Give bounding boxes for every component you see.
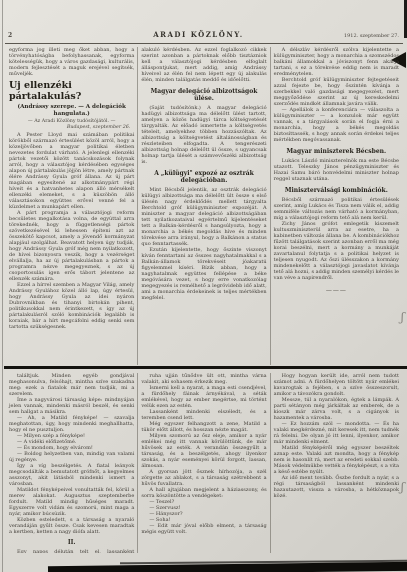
paragraph: A gyorsan jött ősznek hírhozója, a szél … bbox=[141, 469, 266, 487]
paragraph: (Saját tudósítónk.) A magyar delegáció h… bbox=[141, 105, 266, 165]
paragraph: A délszláv kérdésről szólva kijelentette… bbox=[274, 47, 399, 77]
feuilleton-body: találtjuk. Minden egyéb gondjával meghas… bbox=[9, 373, 134, 535]
paragraph: — Apellálok a konferenciára — válaszolta… bbox=[274, 107, 399, 143]
article-body: A Pester Lloyd mai számában politikai kö… bbox=[9, 132, 134, 330]
newspaper-page: ʃ ʃ 2 ARADI KÖZLÖNY. 1912. szeptember 27… bbox=[0, 0, 407, 572]
continuation-paragraph: alakuló kérdésben. Az ezzel foglalkozó c… bbox=[141, 47, 266, 83]
paragraph: Még egyszer felhangzott a zene, Matild a… bbox=[141, 421, 266, 433]
paragraph: — Ah, a Matild fényképe! — szavalja megh… bbox=[9, 415, 134, 433]
column-middle: alakuló kérdésben. Az ezzel foglalkozó c… bbox=[138, 47, 269, 365]
page-header: 2 ARADI KÖZLÖNY. 1912. szeptember 27. bbox=[8, 30, 399, 39]
section-body: Lukács László miniszterelnök ma este Béc… bbox=[274, 158, 399, 182]
paragraph: Ezzel a hírrel szemben a Magyar Világ, a… bbox=[9, 282, 134, 330]
paragraph: A párt programja a választójogi reform b… bbox=[9, 210, 134, 282]
paragraph: Ismerni kell a nyarat, a maga esti csend… bbox=[141, 385, 266, 409]
main-articles-section: egyforma jog illeti meg őket abban, hogy… bbox=[6, 47, 402, 365]
section-body: (Saját tudósítónk.) A magyar delegáció h… bbox=[141, 105, 266, 165]
section-headline: Miniszterválsági kombinációk. bbox=[278, 187, 395, 194]
page-number: 2 bbox=[8, 32, 88, 39]
article-headline: Uj ellenzéki pártalakulás? bbox=[9, 81, 134, 102]
chapter-number: II. bbox=[9, 539, 134, 546]
article-byline: — Az Aradi Közlöny tudósítójától. — bbox=[9, 119, 134, 124]
paragraph: Mint Bécsből jelentik, az osztrák delegá… bbox=[141, 187, 266, 247]
continuation-body: A délszláv kérdésről szólva kijelentette… bbox=[274, 47, 399, 143]
section-headline: Magyar delegáció albizottságok ülése. bbox=[145, 88, 262, 102]
continuation-paragraph: egyforma jog illeti meg őket abban, hogy… bbox=[9, 47, 134, 77]
feuilleton-body: ruha ujján tűnődve ült ott, mintha várna… bbox=[141, 373, 266, 535]
feuilleton-column-right: Hogy hogyan került ide, arról nem tudott… bbox=[271, 373, 402, 553]
section-divider-rule bbox=[4, 366, 407, 369]
paragraph: Messze, túl a nyaralókon, égtek a lámpák… bbox=[274, 397, 399, 421]
paragraph: Matildot fényképeivel vonultatták fel, k… bbox=[9, 487, 134, 517]
paragraph: Lukács László miniszterelnök ma este Béc… bbox=[274, 158, 399, 182]
paragraph: Közben esteledett, s a társaság a nyaral… bbox=[9, 517, 134, 535]
newspaper-title: ARADI KÖZLÖNY. bbox=[88, 30, 309, 39]
section-headline: A „külügyi" expozé az osztrák delegá­ció… bbox=[145, 170, 262, 184]
column-left: egyforma jog illeti meg őket abban, hogy… bbox=[6, 47, 137, 365]
feuilleton-column-middle: ruha ujján tűnődve ült ott, mintha várna… bbox=[138, 373, 269, 553]
paragraph: Ezután kijelentette, hogy őszinte viszon… bbox=[141, 247, 266, 301]
feuilleton-body: Egy napos délután telt el, lassanként be… bbox=[9, 549, 134, 553]
article-subhead: (Andrássy szerepe. — A delegációk hangul… bbox=[9, 104, 134, 117]
paragraph: — Boldog helyzetben van, mindig van vala… bbox=[9, 451, 134, 463]
paragraph: találtjuk. Minden egyéb gondjával meghas… bbox=[9, 373, 134, 397]
paragraph: Berchtold gróf külügyminiszter fejtegeté… bbox=[274, 77, 399, 107]
paragraph: Hogy hogyan került ide, arról nem tudott… bbox=[274, 373, 399, 397]
paragraph: ruha ujján tűnődve ült ott, mintha várna… bbox=[141, 373, 266, 385]
paragraph: Bécsből származó politikai értesülések s… bbox=[274, 197, 399, 221]
section-end-dash: ——— bbox=[274, 287, 399, 294]
paragraph: Milyen szomorú az ősz eleje, amikor a ny… bbox=[141, 433, 266, 469]
paragraph: — Ez hozzám szól — mondotta. — És ha val… bbox=[274, 421, 399, 445]
paragraph: Egy napos délután telt el, lassanként be… bbox=[9, 549, 134, 553]
feuilleton-body: Hogy hogyan került ide, arról nem tudott… bbox=[274, 373, 399, 499]
section-headline: Magyar miniszterek Bécsben. bbox=[278, 148, 395, 155]
paragraph: Íme a nagyvárosi társaság képe: mindnyáj… bbox=[9, 397, 134, 415]
section-body: Mint Bécsből jelentik, az osztrák delegá… bbox=[141, 187, 266, 301]
scan-bottom-artifact bbox=[48, 562, 407, 572]
header-rule bbox=[5, 43, 403, 44]
paragraph: — Edit már jóval előbb elment, a társasá… bbox=[141, 523, 266, 535]
article-dateline: Budapest, szeptember 26. bbox=[9, 125, 130, 130]
paragraph: A Pester Lloyd mai számában politikai kö… bbox=[9, 132, 134, 210]
column-right: A délszláv kérdésről szólva kijelentette… bbox=[271, 47, 402, 365]
feuilleton-section: találtjuk. Minden egyéb gondjával meghas… bbox=[6, 373, 402, 553]
scan-edge-line bbox=[2, 0, 3, 572]
paragraph: Így a víg beszélgetés. A fiatal leányok … bbox=[9, 463, 134, 487]
section-body: Bécsből származó politikai értesülések s… bbox=[274, 197, 399, 281]
paragraph: A hall ajtajában megjelent a háziasszony… bbox=[141, 487, 266, 499]
paragraph: Matild fényképéről még egyszer beszéltek… bbox=[274, 445, 399, 475]
paragraph: Lassanként mindenki elszéledt, és a tere… bbox=[141, 409, 266, 421]
feuilleton-column-left: találtjuk. Minden egyéb gondjával meghas… bbox=[6, 373, 137, 553]
paragraph: Zichy János grófot emlegetik kiszemelt k… bbox=[274, 221, 399, 281]
issue-date: 1912. szeptember 27. bbox=[309, 33, 399, 39]
paragraph: Az idő ment tovább. Őszbe fordult a nyár… bbox=[274, 475, 399, 499]
